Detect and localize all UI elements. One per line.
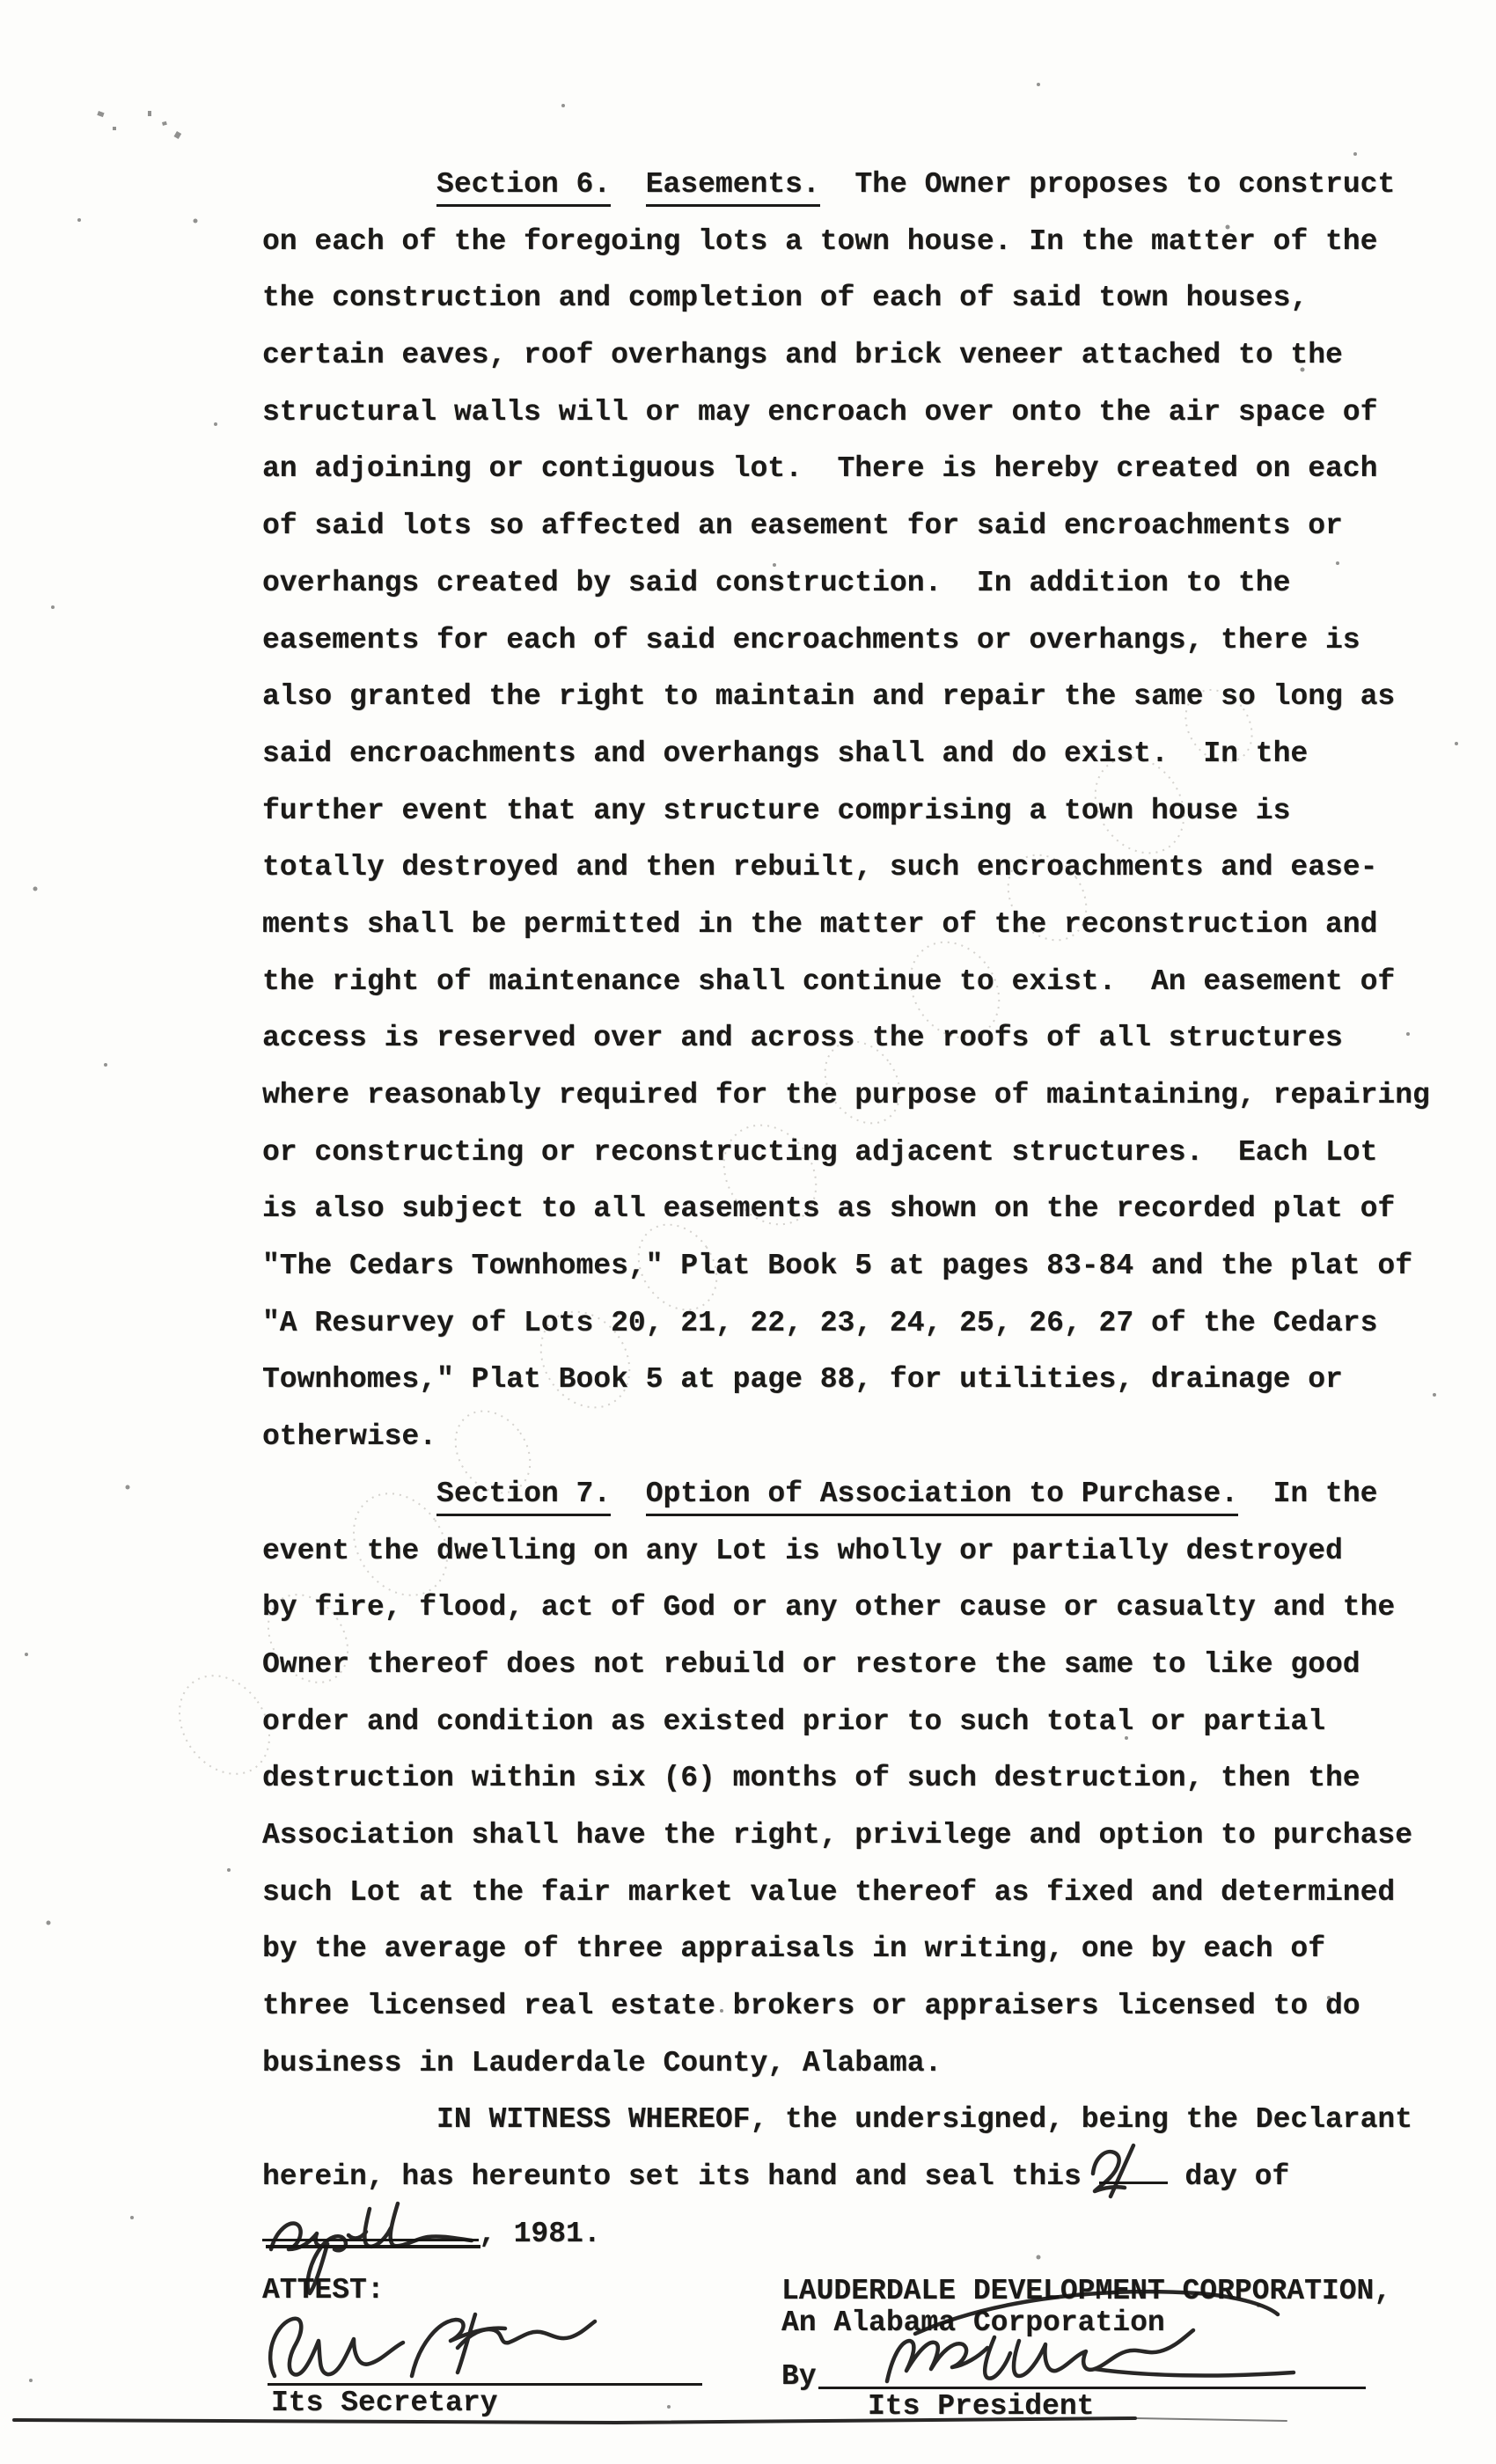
document-line: IN WITNESS WHEREOF, the undersigned, bei… [262,2092,1459,2149]
document-line: Townhomes," Plat Book 5 at page 88, for … [262,1352,1459,1409]
document-line: otherwise. [262,1409,1459,1466]
document-line: event the dwelling on any Lot is wholly … [262,1523,1459,1580]
document-line: an adjoining or contiguous lot. There is… [262,441,1459,498]
scanned-document-page: Section 6. Easements. The Owner proposes… [0,0,1496,2464]
document-line: is also subject to all easements as show… [262,1181,1459,1238]
document-line: business in Lauderdale County, Alabama. [262,2035,1459,2093]
document-line: herein, has hereunto set its hand and se… [262,2149,1459,2206]
document-line: by fire, flood, act of God or any other … [262,1580,1459,1637]
document-line: "A Resurvey of Lots 20, 21, 22, 23, 24, … [262,1295,1459,1353]
document-line: access is reserved over and across the r… [262,1010,1459,1067]
president-title: Its President [868,2390,1094,2423]
document-line: the construction and completion of each … [262,270,1459,327]
document-line: Section 7. Option of Association to Purc… [262,1466,1459,1523]
document-line: ments shall be permitted in the matter o… [262,897,1459,954]
month-blank-line [266,2245,480,2248]
document-line: also granted the right to maintain and r… [262,669,1459,726]
scan-edge-line [14,2418,1287,2423]
president-signature-line [818,2387,1366,2389]
document-line: three licensed real estate brokers or ap… [262,1978,1459,2035]
document-line: overhangs created by said construction. … [262,555,1459,612]
document-line: destruction within six (6) months of suc… [262,1750,1459,1808]
company-state-line: An Alabama Corporation [781,2306,1165,2339]
document-line: or constructing or reconstructing adjace… [262,1125,1459,1182]
company-name-line: LAUDERDALE DEVELOPMENT CORPORATION, [781,2275,1391,2307]
document-line: by the average of three appraisals in wr… [262,1921,1459,1978]
secretary-signature-script [270,2314,595,2376]
document-line: structural walls will or may encroach ov… [262,385,1459,442]
document-line: Owner thereof does not rebuild or restor… [262,1637,1459,1694]
document-line: easements for each of said encroachments… [262,612,1459,670]
document-line: further event that any structure compris… [262,783,1459,840]
by-label: By [781,2360,817,2393]
secretary-title: Its Secretary [271,2387,497,2419]
document-line: Section 6. Easements. The Owner proposes… [262,157,1459,214]
secretary-signature-line [268,2383,702,2386]
document-line: totally destroyed and then rebuilt, such… [262,840,1459,897]
document-line: certain eaves, roof overhangs and brick … [262,327,1459,385]
document-line: "The Cedars Townhomes," Plat Book 5 at p… [262,1238,1459,1295]
document-line: said encroachments and overhangs shall a… [262,726,1459,783]
document-line: , 1981. [262,2206,1459,2263]
document-line: on each of the foregoing lots a town hou… [262,214,1459,271]
document-line: of said lots so affected an easement for… [262,498,1459,555]
document-line: the right of maintenance shall continue … [262,954,1459,1011]
document-line: Association shall have the right, privil… [262,1808,1459,1865]
document-line: order and condition as existed prior to … [262,1694,1459,1751]
document-line: such Lot at the fair market value thereo… [262,1865,1459,1922]
document-body: Section 6. Easements. The Owner proposes… [262,157,1459,2320]
document-line: where reasonably required for the purpos… [262,1067,1459,1125]
